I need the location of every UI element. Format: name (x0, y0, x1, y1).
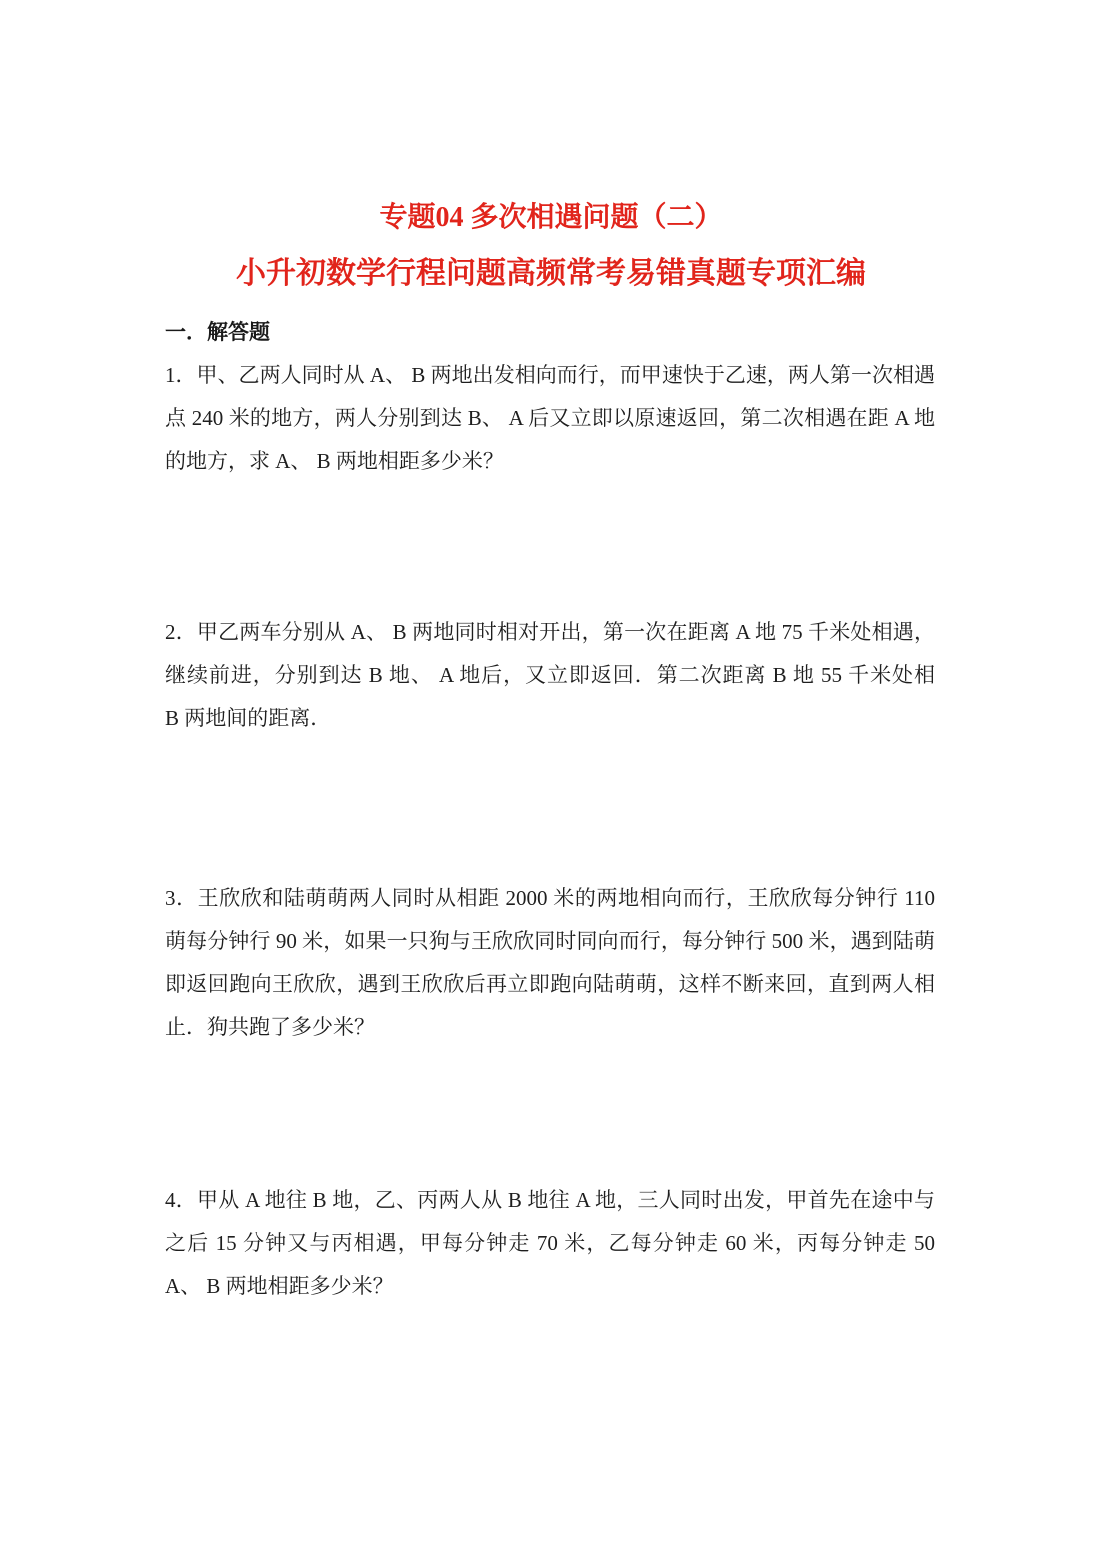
problem-1-line-2: 点 240 米的地方，两人分别到达 B、 A 后又立即以原速返回，第二次相遇在距… (165, 404, 935, 434)
problem-4-line-1: 4．甲从 A 地往 B 地，乙、丙两人从 B 地往 A 地，三人同时出发，甲首先… (165, 1186, 935, 1216)
problem-1-line-1: 1．甲、乙两人同时从 A、 B 两地出发相向而行，而甲速快于乙速，两人第一次相遇… (165, 361, 935, 391)
problem-2-line-3: B 两地间的距离． (165, 704, 935, 734)
problem-4-line-2: 之后 15 分钟又与丙相遇，甲每分钟走 70 米，乙每分钟走 60 米，丙每分钟… (165, 1229, 935, 1259)
problem-3-line-3: 即返回跑向王欣欣，遇到王欣欣后再立即跑向陆萌萌，这样不断来回，直到两人相遇为 (165, 970, 935, 1000)
doc-subtitle: 小升初数学行程问题高频常考易错真题专项汇编 (0, 254, 1102, 294)
problem-2-line-1: 2．甲乙两车分别从 A、 B 两地同时相对开出，第一次在距离 A 地 75 千米… (165, 618, 935, 648)
problem-1-line-3: 的地方，求 A、 B 两地相距多少米？ (165, 447, 935, 477)
problem-3-line-1: 3．王欣欣和陆萌萌两人同时从相距 2000 米的两地相向而行，王欣欣每分钟行 1… (165, 884, 935, 914)
problem-3-line-4: 止．狗共跑了多少米？ (165, 1013, 935, 1043)
doc-title: 专题04 多次相遇问题（二） (0, 200, 1102, 236)
section-heading: 一．解答题 (165, 318, 270, 346)
problem-2-line-2: 继续前进，分别到达 B 地、 A 地后，又立即返回．第二次距离 B 地 55 千… (165, 661, 935, 691)
problem-3-line-2: 萌每分钟行 90 米，如果一只狗与王欣欣同时同向而行，每分钟行 500 米，遇到… (165, 927, 935, 957)
worksheet-page: 专题04 多次相遇问题（二） 小升初数学行程问题高频常考易错真题专项汇编 一．解… (0, 0, 1102, 1559)
problem-4-line-3: A、 B 两地相距多少米？ (165, 1272, 935, 1302)
